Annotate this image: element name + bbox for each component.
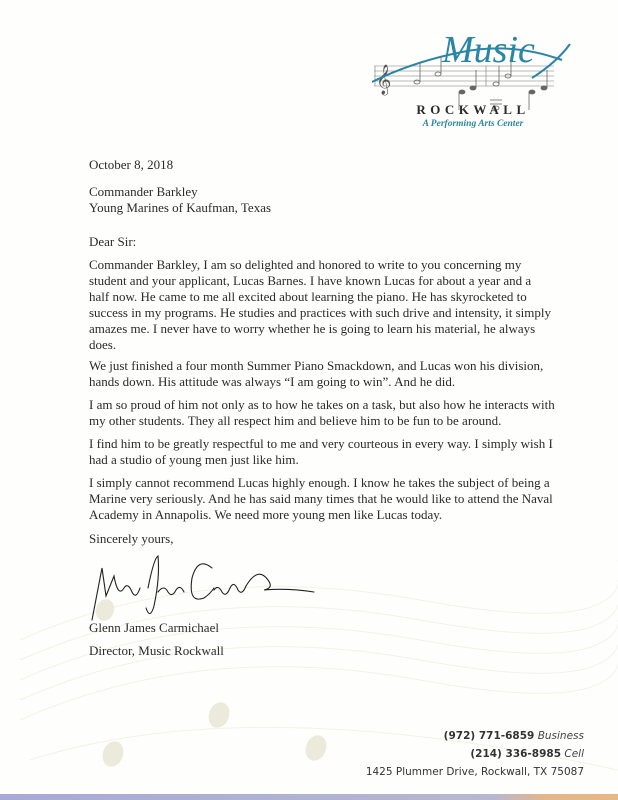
logo-tagline: A Performing Arts Center	[398, 119, 548, 129]
paragraph-line: success in my programs. He studies and p…	[89, 305, 594, 321]
cell-phone-number: (214) 336-8985	[470, 748, 561, 760]
paragraph-line: Marine very seriously. And he has said m…	[89, 491, 594, 507]
paragraph-respectful: I find him to be greatly respectful to m…	[89, 436, 594, 468]
letter-page: 𝄞 Music ROCKWALL A Perfor	[0, 0, 618, 800]
closing: Sincerely yours,	[89, 531, 173, 547]
svg-text:Music: Music	[441, 29, 535, 71]
contact-address: 1425 Plummer Drive, Rockwall, TX 75087	[366, 766, 584, 778]
signer-title: Director, Music Rockwall	[89, 643, 224, 659]
paragraph-line: I simply cannot recommend Lucas highly e…	[89, 475, 594, 491]
logo-org-name: ROCKWALL	[408, 102, 538, 118]
paragraph-line: does.	[89, 337, 594, 353]
paragraph-line: had a studio of young men just like him.	[89, 452, 594, 468]
paragraph-line: student and your applicant, Lucas Barnes…	[89, 273, 594, 289]
paragraph-line: half now. He came to me all excited abou…	[89, 289, 594, 305]
contact-cell-phone: (214) 336-8985 Cell	[470, 748, 584, 760]
cell-phone-label: Cell	[564, 748, 584, 760]
letter-date: October 8, 2018	[89, 157, 173, 173]
recipient-name: Commander Barkley	[89, 184, 198, 200]
paragraph-line: hands down. His attitude was always “I a…	[89, 374, 594, 390]
paragraph-line: Commander Barkley, I am so delighted and…	[89, 257, 594, 273]
contact-business-phone: (972) 771-6859 Business	[444, 730, 584, 742]
recipient-organization: Young Marines of Kaufman, Texas	[89, 200, 271, 216]
paragraph-line: my other students. They all respect him …	[89, 413, 594, 429]
handwritten-signature	[88, 548, 318, 624]
business-phone-label: Business	[538, 730, 584, 742]
paragraph-line: We just finished a four month Summer Pia…	[89, 358, 594, 374]
paragraph-line: I am so proud of him not only as to how …	[89, 397, 594, 413]
signer-name: Glenn James Carmichael	[89, 620, 219, 636]
paragraph-line: amazes me. I never have to worry whether…	[89, 321, 594, 337]
business-phone-number: (972) 771-6859	[444, 730, 535, 742]
paragraph-smackdown: We just finished a four month Summer Pia…	[89, 358, 594, 390]
footer-color-bar	[0, 794, 618, 800]
paragraph-recommend: I simply cannot recommend Lucas highly e…	[89, 475, 594, 523]
paragraph-intro: Commander Barkley, I am so delighted and…	[89, 257, 594, 353]
paragraph-line: Academy in Annapolis. We need more young…	[89, 507, 594, 523]
paragraph-proud: I am so proud of him not only as to how …	[89, 397, 594, 429]
paragraph-line: I find him to be greatly respectful to m…	[89, 436, 594, 452]
salutation: Dear Sir:	[89, 234, 136, 250]
